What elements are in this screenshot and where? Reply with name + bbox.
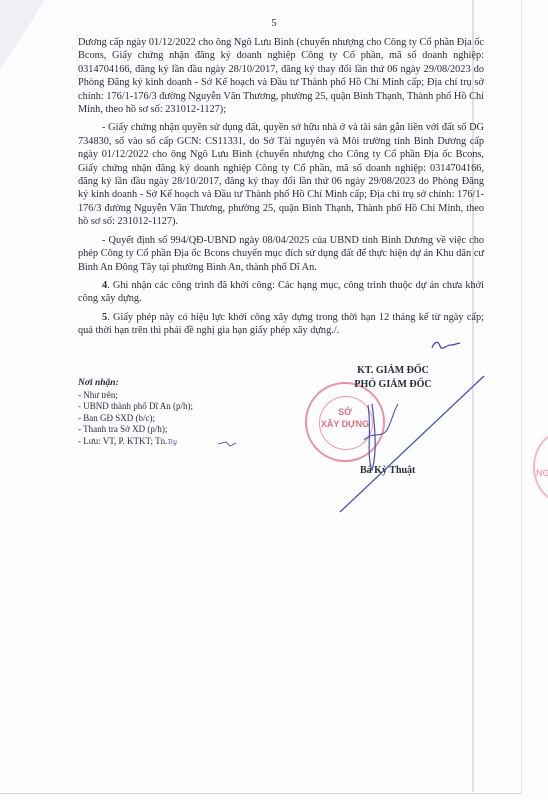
partial-stamp-text: NG (536, 468, 548, 478)
recipient-item: - Thanh tra Sở XD (p/h); (78, 424, 193, 436)
recipient-item: - UBND thành phố Dĩ An (p/h); (78, 401, 193, 413)
signer-title-2: PHÓ GIÁM ĐỐC (318, 378, 468, 392)
paragraph-land-certificate: - Giấy chứng nhận quyền sử dụng đất, quy… (78, 121, 484, 228)
item-4: 4. Ghi nhận các công trình đã khởi công:… (78, 279, 484, 306)
stamp-text: SỞ XÂY DỰNG (307, 406, 383, 430)
item-4-text: . Ghi nhận các công trình đã khởi công: … (78, 280, 484, 304)
document-body: Dương cấp ngày 01/12/2022 cho ông Ngô Lư… (78, 36, 484, 343)
paragraph-decision: - Quyết định số 994/QĐ-UBND ngày 08/04/2… (78, 234, 484, 274)
item-5-text: . Giấy phép này có hiệu lực khởi công xâ… (78, 312, 484, 336)
official-stamp: SỞ XÂY DỰNG (305, 382, 385, 462)
item-5: 5. Giấy phép này có hiệu lực khởi công x… (78, 311, 484, 338)
document-page: 5 Dương cấp ngày 01/12/2022 cho ông Ngô … (0, 0, 548, 800)
partial-stamp (533, 430, 548, 504)
paragraph-continuation: Dương cấp ngày 01/12/2022 cho ông Ngô Lư… (78, 36, 484, 116)
page-edge-bottom (0, 793, 522, 794)
scan-corner-shadow (0, 0, 45, 70)
handwritten-initials: Trg (167, 438, 176, 446)
recipients-block: Nơi nhận: - Như trên; - UBND thành phố D… (78, 378, 193, 448)
recipient-item: - Như trên; (78, 390, 193, 402)
page-number: 5 (0, 18, 548, 29)
signer-name: Bá Kỳ Thuật (360, 465, 415, 476)
signer-title-1: KT. GIÁM ĐỐC (318, 364, 468, 378)
recipients-heading: Nơi nhận: (78, 378, 193, 390)
recipient-item: - Lưu: VT, P. KTKT; Tn.Trg (78, 436, 193, 449)
signature-block: KT. GIÁM ĐỐC PHÓ GIÁM ĐỐC (318, 364, 468, 392)
recipient-item: - Ban GĐ SXD (b/c); (78, 413, 193, 425)
page-edge-right (521, 0, 522, 794)
